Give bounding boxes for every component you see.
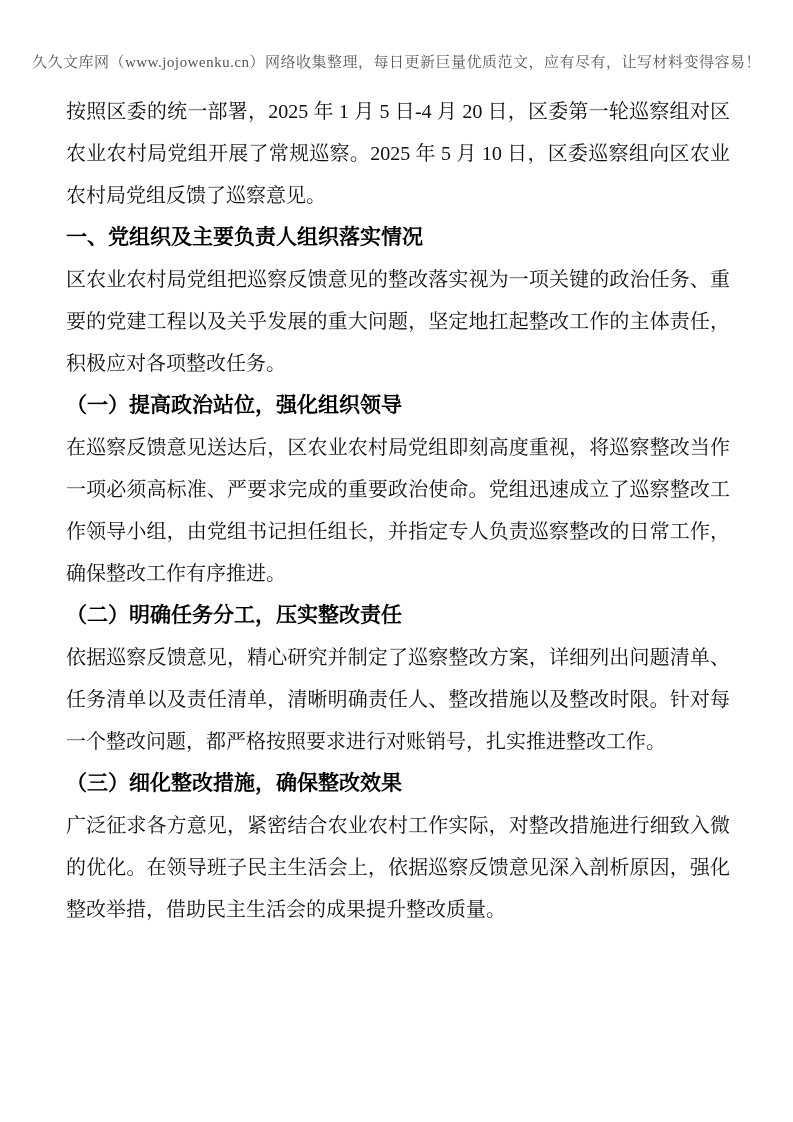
section-heading: （一）提高政治站位，强化组织领导 <box>66 385 730 427</box>
document-body: 按照区委的统一部署，2025 年 1 月 5 日-4 月 20 日，区委第一轮巡… <box>66 91 730 931</box>
paragraph: 依据巡察反馈意见，精心研究并制定了巡察整改方案，详细列出问题清单、任务清单以及责… <box>66 637 730 763</box>
site-notice-banner: 久久文库网（www.jojowenku.cn）网络收集整理，每日更新巨量优质范文… <box>0 0 793 73</box>
section-heading: （三）细化整改措施，确保整改效果 <box>66 763 730 805</box>
section-heading: 一、党组织及主要负责人组织落实情况 <box>66 217 730 259</box>
site-notice-text: 久久文库网（www.jojowenku.cn）网络收集整理，每日更新巨量优质范文… <box>32 55 761 71</box>
paragraph: 按照区委的统一部署，2025 年 1 月 5 日-4 月 20 日，区委第一轮巡… <box>66 91 730 217</box>
paragraph: 广泛征求各方意见，紧密结合农业农村工作实际，对整改措施进行细致入微的优化。在领导… <box>66 805 730 931</box>
section-heading: （二）明确任务分工，压实整改责任 <box>66 595 730 637</box>
paragraph: 区农业农村局党组把巡察反馈意见的整改落实视为一项关键的政治任务、重要的党建工程以… <box>66 259 730 385</box>
document-page: { "page": { "background_color": "#ffffff… <box>0 0 793 1122</box>
paragraph: 在巡察反馈意见送达后，区农业农村局党组即刻高度重视，将巡察整改当作一项必须高标准… <box>66 427 730 595</box>
